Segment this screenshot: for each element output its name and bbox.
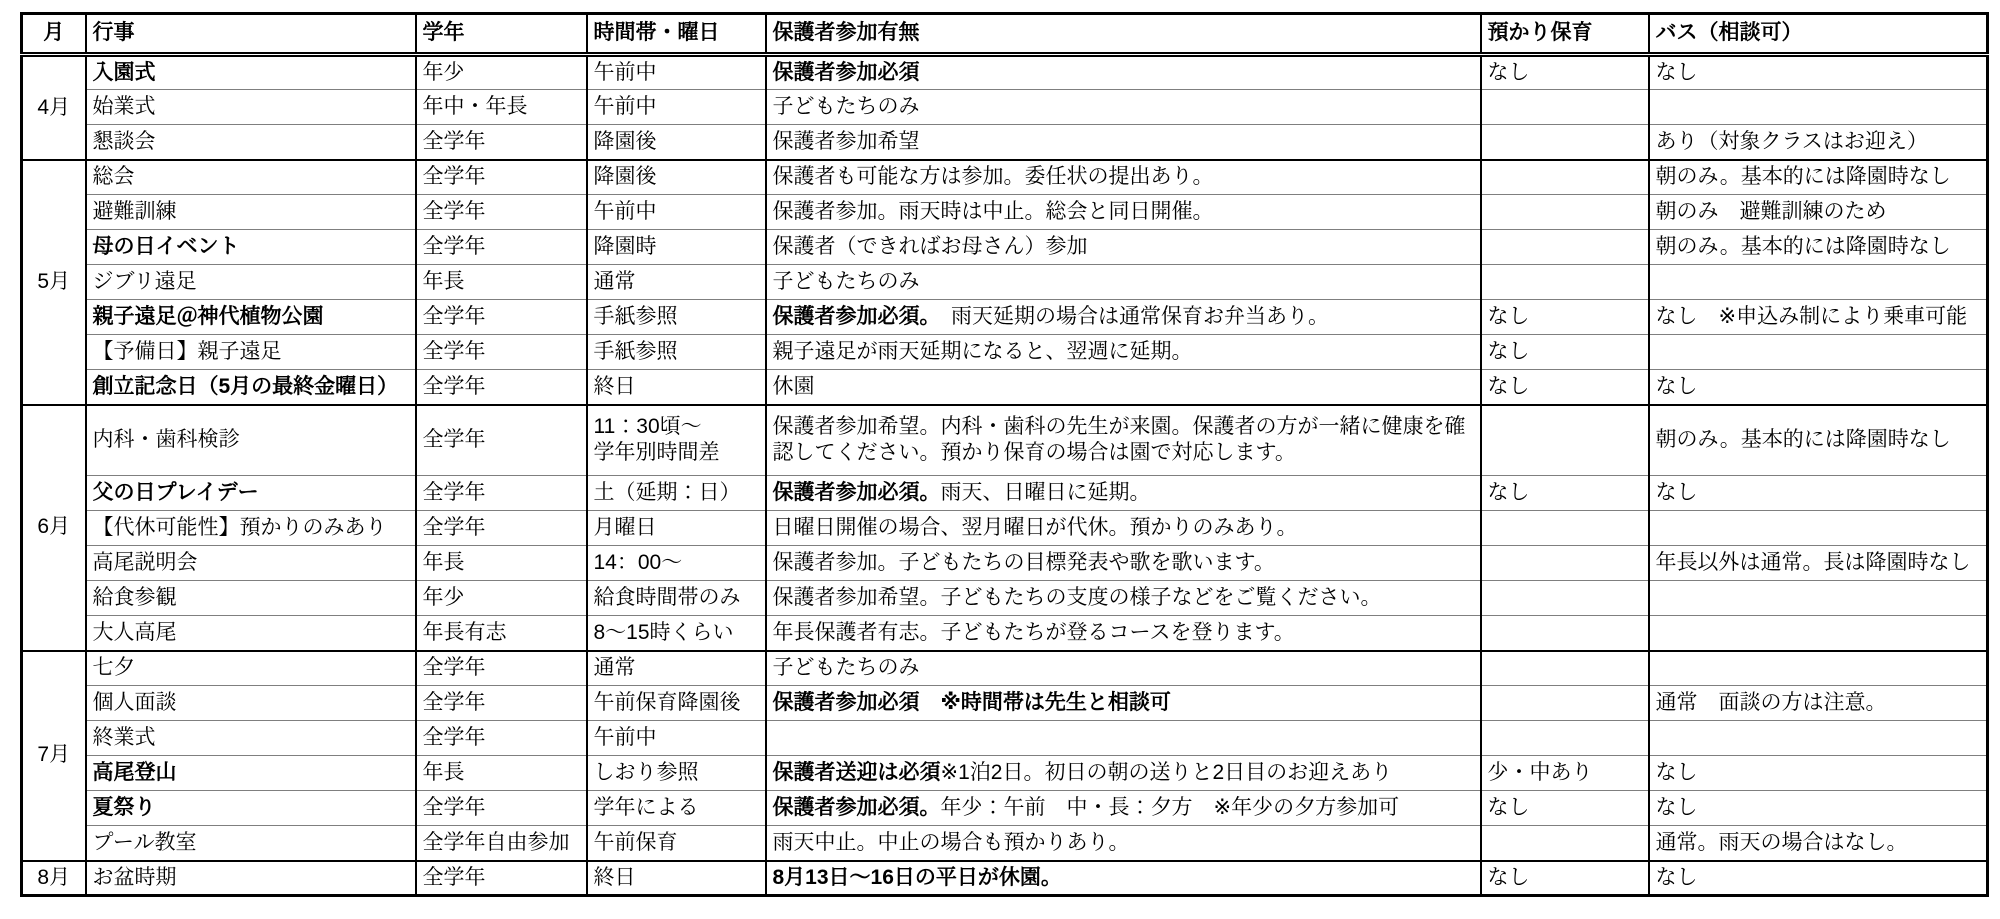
time-cell: しおり参照 xyxy=(587,756,766,791)
participation-cell: 8月13日～16日の平日が休園。 xyxy=(766,861,1481,896)
event-schedule-table: 月行事学年時間帯・曜日保護者参加有無預かり保育バス（相談可） 4月入園式年少午前… xyxy=(20,12,1989,897)
participation-text: 保護者参加。子どもたちの目標発表や歌を歌います。 xyxy=(773,551,1275,574)
table-row: 4月入園式年少午前中保護者参加必須なしなし xyxy=(22,55,1988,90)
time-cell: 14：00～ xyxy=(587,546,766,581)
participation-text: ※1泊2日。初日の朝の送りと2日目のお迎えあり xyxy=(941,761,1393,784)
participation-cell: 保護者（できればお母さん）参加 xyxy=(766,230,1481,265)
time-cell: 降園後 xyxy=(587,125,766,160)
participation-text: 保護者参加必須 ※時間帯は先生と相談可 xyxy=(773,691,1171,714)
care-cell: なし xyxy=(1481,476,1649,511)
participation-text: 子どもたちのみ xyxy=(773,656,920,679)
participation-text: 保護者参加必須 xyxy=(773,61,920,84)
table-row: 懇談会全学年降園後保護者参加希望あり（対象クラスはお迎え） xyxy=(22,125,1988,160)
time-cell: 通常 xyxy=(587,651,766,686)
care-cell xyxy=(1481,90,1649,125)
grade-cell: 年少 xyxy=(416,55,587,90)
grade-cell: 年少 xyxy=(416,581,587,616)
column-header-care: 預かり保育 xyxy=(1481,14,1649,55)
participation-cell: 雨天中止。中止の場合も預かりあり。 xyxy=(766,826,1481,861)
participation-cell: 親子遠足が雨天延期になると、翌週に延期。 xyxy=(766,335,1481,370)
table-row: 父の日プレイデー全学年土（延期：日）保護者参加必須。雨天、日曜日に延期。なしなし xyxy=(22,476,1988,511)
event-cell: 個人面談 xyxy=(86,686,416,721)
care-cell: なし xyxy=(1481,791,1649,826)
table-row: 個人面談全学年午前保育降園後保護者参加必須 ※時間帯は先生と相談可通常 面談の方… xyxy=(22,686,1988,721)
participation-cell: 保護者参加希望。子どもたちの支度の様子などをご覧ください。 xyxy=(766,581,1481,616)
bus-cell: なし xyxy=(1649,55,1988,90)
time-cell: 午前中 xyxy=(587,90,766,125)
table-row: 大人高尾年長有志8～15時くらい年長保護者有志。子どもたちが登るコースを登ります… xyxy=(22,616,1988,651)
participation-cell: 保護者送迎は必須※1泊2日。初日の朝の送りと2日目のお迎えあり xyxy=(766,756,1481,791)
table-row: 終業式全学年午前中 xyxy=(22,721,1988,756)
time-cell: 学年による xyxy=(587,791,766,826)
bus-cell: なし xyxy=(1649,756,1988,791)
table-row: 6月内科・歯科検診全学年11：30頃～ 学年別時間差保護者参加希望。内科・歯科の… xyxy=(22,405,1988,476)
month-cell: 6月 xyxy=(22,405,86,651)
participation-text: 保護者送迎は必須 xyxy=(773,761,941,784)
column-header-event: 行事 xyxy=(86,14,416,55)
month-cell: 7月 xyxy=(22,651,86,861)
event-cell: 総会 xyxy=(86,160,416,195)
participation-cell: 保護者参加希望 xyxy=(766,125,1481,160)
event-cell: 父の日プレイデー xyxy=(86,476,416,511)
column-header-month: 月 xyxy=(22,14,86,55)
column-header-grade: 学年 xyxy=(416,14,587,55)
event-cell: 終業式 xyxy=(86,721,416,756)
participation-cell: 保護者参加希望。内科・歯科の先生が来園。保護者の方が一緒に健康を確認してください… xyxy=(766,405,1481,476)
participation-cell: 保護者参加。雨天時は中止。総会と同日開催。 xyxy=(766,195,1481,230)
bus-cell: 通常。雨天の場合はなし。 xyxy=(1649,826,1988,861)
participation-text: 保護者参加必須。 xyxy=(773,481,941,504)
bus-cell xyxy=(1649,721,1988,756)
table-row: 8月お盆時期全学年終日8月13日～16日の平日が休園。なしなし xyxy=(22,861,1988,896)
participation-cell: 保護者参加必須 ※時間帯は先生と相談可 xyxy=(766,686,1481,721)
event-cell: 給食参観 xyxy=(86,581,416,616)
participation-text: 雨天延期の場合は通常保育お弁当あり。 xyxy=(930,305,1329,328)
column-header-part: 保護者参加有無 xyxy=(766,14,1481,55)
care-cell: なし xyxy=(1481,861,1649,896)
participation-text: 子どもたちのみ xyxy=(773,95,920,118)
month-cell: 8月 xyxy=(22,861,86,896)
table-row: 7月七夕全学年通常子どもたちのみ xyxy=(22,651,1988,686)
bus-cell: なし xyxy=(1649,861,1988,896)
bus-cell: 年長以外は通常。長は降園時なし xyxy=(1649,546,1988,581)
table-row: 創立記念日（5月の最終金曜日）全学年終日休園なしなし xyxy=(22,370,1988,405)
grade-cell: 全学年 xyxy=(416,721,587,756)
grade-cell: 全学年 xyxy=(416,300,587,335)
participation-text: 保護者参加希望。子どもたちの支度の様子などをご覧ください。 xyxy=(773,586,1382,609)
header-row: 月行事学年時間帯・曜日保護者参加有無預かり保育バス（相談可） xyxy=(22,14,1988,55)
grade-cell: 全学年 xyxy=(416,195,587,230)
participation-cell: 保護者参加必須。年少：午前 中・長：夕方 ※年少の夕方参加可 xyxy=(766,791,1481,826)
bus-cell: 通常 面談の方は注意。 xyxy=(1649,686,1988,721)
grade-cell: 年中・年長 xyxy=(416,90,587,125)
time-cell: 午前保育 xyxy=(587,826,766,861)
care-cell: なし xyxy=(1481,300,1649,335)
time-cell: 午前中 xyxy=(587,55,766,90)
participation-text: 保護者参加希望 xyxy=(773,130,920,153)
care-cell xyxy=(1481,651,1649,686)
bus-cell xyxy=(1649,335,1988,370)
grade-cell: 全学年 xyxy=(416,370,587,405)
participation-text: 保護者参加希望。内科・歯科の先生が来園。保護者の方が一緒に健康を確認してください… xyxy=(773,415,1466,464)
bus-cell xyxy=(1649,265,1988,300)
table-header: 月行事学年時間帯・曜日保護者参加有無預かり保育バス（相談可） xyxy=(22,14,1988,55)
grade-cell: 全学年 xyxy=(416,125,587,160)
event-cell: 入園式 xyxy=(86,55,416,90)
time-cell: 通常 xyxy=(587,265,766,300)
participation-cell: 保護者参加必須 xyxy=(766,55,1481,90)
care-cell xyxy=(1481,721,1649,756)
participation-cell: 保護者参加必須。雨天、日曜日に延期。 xyxy=(766,476,1481,511)
bus-cell xyxy=(1649,651,1988,686)
event-cell: 内科・歯科検診 xyxy=(86,405,416,476)
time-cell: 手紙参照 xyxy=(587,300,766,335)
care-cell xyxy=(1481,405,1649,476)
table-row: 給食参観年少給食時間帯のみ保護者参加希望。子どもたちの支度の様子などをご覧くださ… xyxy=(22,581,1988,616)
participation-text: 保護者も可能な方は参加。委任状の提出あり。 xyxy=(773,165,1214,188)
participation-cell xyxy=(766,721,1481,756)
event-cell: お盆時期 xyxy=(86,861,416,896)
bus-cell xyxy=(1649,90,1988,125)
grade-cell: 全学年 xyxy=(416,791,587,826)
participation-cell: 休園 xyxy=(766,370,1481,405)
care-cell xyxy=(1481,230,1649,265)
care-cell xyxy=(1481,546,1649,581)
participation-text: 保護者参加必須。 xyxy=(773,305,931,328)
bus-cell: 朝のみ。基本的には降園時なし xyxy=(1649,405,1988,476)
participation-text: 休園 xyxy=(773,375,815,398)
grade-cell: 年長 xyxy=(416,265,587,300)
month-cell: 5月 xyxy=(22,160,86,405)
schedule-page: 月行事学年時間帯・曜日保護者参加有無預かり保育バス（相談可） 4月入園式年少午前… xyxy=(0,0,2000,897)
table-row: プール教室全学年自由参加午前保育雨天中止。中止の場合も預かりあり。通常。雨天の場… xyxy=(22,826,1988,861)
participation-text: 8月13日～16日の平日が休園。 xyxy=(773,866,1062,889)
care-cell xyxy=(1481,265,1649,300)
participation-cell: 保護者も可能な方は参加。委任状の提出あり。 xyxy=(766,160,1481,195)
grade-cell: 年長有志 xyxy=(416,616,587,651)
time-cell: 降園時 xyxy=(587,230,766,265)
time-cell: 給食時間帯のみ xyxy=(587,581,766,616)
care-cell: なし xyxy=(1481,370,1649,405)
participation-text: 保護者（できればお母さん）参加 xyxy=(773,235,1088,258)
table-row: 母の日イベント全学年降園時保護者（できればお母さん）参加朝のみ。基本的には降園時… xyxy=(22,230,1988,265)
care-cell: 少・中あり xyxy=(1481,756,1649,791)
column-header-time: 時間帯・曜日 xyxy=(587,14,766,55)
month-cell: 4月 xyxy=(22,55,86,160)
column-header-bus: バス（相談可） xyxy=(1649,14,1988,55)
bus-cell: 朝のみ。基本的には降園時なし xyxy=(1649,160,1988,195)
care-cell xyxy=(1481,686,1649,721)
bus-cell: なし xyxy=(1649,370,1988,405)
event-cell: ジブリ遠足 xyxy=(86,265,416,300)
event-cell: 【代休可能性】預かりのみあり xyxy=(86,511,416,546)
participation-cell: 保護者参加必須。 雨天延期の場合は通常保育お弁当あり。 xyxy=(766,300,1481,335)
table-row: 【代休可能性】預かりのみあり全学年月曜日日曜日開催の場合、翌月曜日が代休。預かり… xyxy=(22,511,1988,546)
table-row: 始業式年中・年長午前中子どもたちのみ xyxy=(22,90,1988,125)
bus-cell: あり（対象クラスはお迎え） xyxy=(1649,125,1988,160)
event-cell: 大人高尾 xyxy=(86,616,416,651)
table-row: 高尾登山年長しおり参照保護者送迎は必須※1泊2日。初日の朝の送りと2日目のお迎え… xyxy=(22,756,1988,791)
participation-text: 年長保護者有志。子どもたちが登るコースを登ります。 xyxy=(773,621,1295,644)
grade-cell: 年長 xyxy=(416,756,587,791)
table-row: 5月総会全学年降園後保護者も可能な方は参加。委任状の提出あり。朝のみ。基本的には… xyxy=(22,160,1988,195)
care-cell xyxy=(1481,616,1649,651)
grade-cell: 全学年 xyxy=(416,651,587,686)
bus-cell xyxy=(1649,616,1988,651)
participation-text: 親子遠足が雨天延期になると、翌週に延期。 xyxy=(773,340,1193,363)
grade-cell: 全学年 xyxy=(416,476,587,511)
care-cell xyxy=(1481,581,1649,616)
event-cell: 創立記念日（5月の最終金曜日） xyxy=(86,370,416,405)
grade-cell: 全学年 xyxy=(416,686,587,721)
participation-text: 保護者参加必須。 xyxy=(773,796,941,819)
table-row: 【予備日】親子遠足全学年手紙参照親子遠足が雨天延期になると、翌週に延期。なし xyxy=(22,335,1988,370)
table-row: 親子遠足＠神代植物公園全学年手紙参照保護者参加必須。 雨天延期の場合は通常保育お… xyxy=(22,300,1988,335)
participation-cell: 年長保護者有志。子どもたちが登るコースを登ります。 xyxy=(766,616,1481,651)
time-cell: 土（延期：日） xyxy=(587,476,766,511)
event-cell: 母の日イベント xyxy=(86,230,416,265)
time-cell: 8～15時くらい xyxy=(587,616,766,651)
event-cell: プール教室 xyxy=(86,826,416,861)
participation-cell: 日曜日開催の場合、翌月曜日が代休。預かりのみあり。 xyxy=(766,511,1481,546)
grade-cell: 全学年 xyxy=(416,335,587,370)
grade-cell: 年長 xyxy=(416,546,587,581)
time-cell: 月曜日 xyxy=(587,511,766,546)
bus-cell xyxy=(1649,511,1988,546)
table-row: 夏祭り全学年学年による保護者参加必須。年少：午前 中・長：夕方 ※年少の夕方参加… xyxy=(22,791,1988,826)
participation-text: 保護者参加。雨天時は中止。総会と同日開催。 xyxy=(773,200,1214,223)
time-cell: 降園後 xyxy=(587,160,766,195)
participation-cell: 保護者参加。子どもたちの目標発表や歌を歌います。 xyxy=(766,546,1481,581)
care-cell: なし xyxy=(1481,335,1649,370)
time-cell: 終日 xyxy=(587,861,766,896)
time-cell: 11：30頃～ 学年別時間差 xyxy=(587,405,766,476)
table-row: ジブリ遠足年長通常子どもたちのみ xyxy=(22,265,1988,300)
participation-cell: 子どもたちのみ xyxy=(766,651,1481,686)
time-cell: 手紙参照 xyxy=(587,335,766,370)
bus-cell xyxy=(1649,581,1988,616)
bus-cell: なし xyxy=(1649,791,1988,826)
grade-cell: 全学年 xyxy=(416,230,587,265)
bus-cell: 朝のみ。基本的には降園時なし xyxy=(1649,230,1988,265)
care-cell xyxy=(1481,826,1649,861)
event-cell: 【予備日】親子遠足 xyxy=(86,335,416,370)
event-cell: 高尾説明会 xyxy=(86,546,416,581)
bus-cell: なし ※申込み制により乗車可能 xyxy=(1649,300,1988,335)
grade-cell: 全学年 xyxy=(416,861,587,896)
bus-cell: なし xyxy=(1649,476,1988,511)
event-cell: 避難訓練 xyxy=(86,195,416,230)
table-row: 避難訓練全学年午前中保護者参加。雨天時は中止。総会と同日開催。朝のみ 避難訓練の… xyxy=(22,195,1988,230)
time-cell: 終日 xyxy=(587,370,766,405)
time-cell: 午前中 xyxy=(587,195,766,230)
participation-text: 雨天、日曜日に延期。 xyxy=(941,481,1151,504)
event-cell: 高尾登山 xyxy=(86,756,416,791)
grade-cell: 全学年 xyxy=(416,511,587,546)
care-cell xyxy=(1481,511,1649,546)
event-cell: 親子遠足＠神代植物公園 xyxy=(86,300,416,335)
event-cell: 懇談会 xyxy=(86,125,416,160)
grade-cell: 全学年自由参加 xyxy=(416,826,587,861)
table-row: 高尾説明会年長14：00～保護者参加。子どもたちの目標発表や歌を歌います。年長以… xyxy=(22,546,1988,581)
grade-cell: 全学年 xyxy=(416,405,587,476)
participation-text: 雨天中止。中止の場合も預かりあり。 xyxy=(773,831,1130,854)
bus-cell: 朝のみ 避難訓練のため xyxy=(1649,195,1988,230)
care-cell xyxy=(1481,195,1649,230)
event-cell: 始業式 xyxy=(86,90,416,125)
participation-cell: 子どもたちのみ xyxy=(766,90,1481,125)
event-cell: 七夕 xyxy=(86,651,416,686)
care-cell xyxy=(1481,125,1649,160)
participation-cell: 子どもたちのみ xyxy=(766,265,1481,300)
time-cell: 午前保育降園後 xyxy=(587,686,766,721)
care-cell xyxy=(1481,160,1649,195)
participation-text: 年少：午前 中・長：夕方 ※年少の夕方参加可 xyxy=(941,796,1400,819)
time-cell: 午前中 xyxy=(587,721,766,756)
table-body: 4月入園式年少午前中保護者参加必須なしなし始業式年中・年長午前中子どもたちのみ懇… xyxy=(22,55,1988,896)
care-cell: なし xyxy=(1481,55,1649,90)
participation-text: 子どもたちのみ xyxy=(773,270,920,293)
grade-cell: 全学年 xyxy=(416,160,587,195)
participation-text: 日曜日開催の場合、翌月曜日が代休。預かりのみあり。 xyxy=(773,516,1298,539)
event-cell: 夏祭り xyxy=(86,791,416,826)
